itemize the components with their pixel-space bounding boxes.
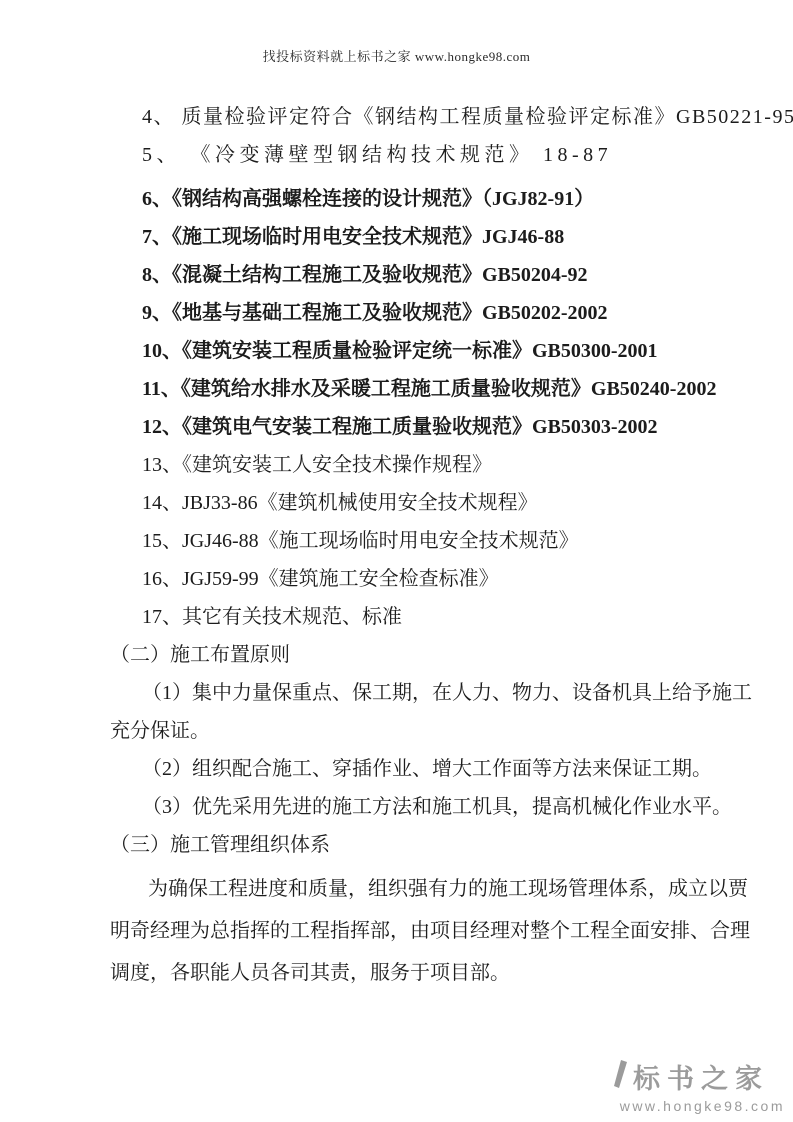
document-page: 找投标资料就上标书之家 www.hongke98.com 4、 质量检验评定符合…: [0, 0, 793, 1122]
standard-item-12: 12、《建筑电气安装工程施工质量验收规范》GB50303-2002: [142, 416, 737, 438]
management-paragraph-line-3: 调度，各职能人员各司其责，服务于项目部。: [110, 962, 737, 984]
standard-item-6: 6、《钢结构高强螺栓连接的设计规范》（JGJ82-91）: [142, 188, 737, 210]
standard-item-17: 17、其它有关技术规范、标准: [142, 606, 737, 628]
standard-item-13: 13、《建筑安装工人安全技术操作规程》: [142, 454, 737, 476]
section-heading-layout-principles: （二）施工布置原则: [110, 644, 737, 666]
management-paragraph-line-1: 为确保工程进度和质量，组织强有力的施工现场管理体系，成立以贾: [148, 878, 737, 900]
standard-item-7: 7、《施工现场临时用电安全技术规范》JGJ46-88: [142, 226, 737, 248]
brand-logo-icon: [611, 1060, 627, 1093]
brand-url: www.hongke98.com: [611, 1098, 785, 1114]
management-paragraph-line-2: 明奇经理为总指挥的工程指挥部，由项目经理对整个工程全面安排、合理: [110, 920, 737, 942]
standard-item-11: 11、《建筑给水排水及采暖工程施工质量验收规范》GB50240-2002: [142, 378, 737, 400]
document-body: 4、 质量检验评定符合《钢结构工程质量检验评定标准》GB50221-95 5、 …: [110, 106, 737, 1000]
standard-item-10: 10、《建筑安装工程质量检验评定统一标准》GB50300-2001: [142, 340, 737, 362]
principle-2: （2）组织配合施工、穿插作业、增大工作面等方法来保证工期。: [142, 758, 737, 780]
brand-name: 标书之家: [633, 1057, 769, 1096]
principle-3: （3）优先采用先进的施工方法和施工机具，提高机械化作业水平。: [142, 796, 737, 818]
standard-item-9: 9、《地基与基础工程施工及验收规范》GB50202-2002: [142, 302, 737, 324]
footer-watermark: 标书之家 www.hongke98.com: [611, 1057, 785, 1114]
standard-item-8: 8、《混凝土结构工程施工及验收规范》GB50204-92: [142, 264, 737, 286]
header-watermark-text: 找投标资料就上标书之家 www.hongke98.com: [0, 46, 793, 65]
principle-1-continuation: 充分保证。: [110, 720, 737, 742]
section-heading-management-system: （三）施工管理组织体系: [110, 834, 737, 856]
standard-item-16: 16、JGJ59-99《建筑施工安全检查标准》: [142, 568, 737, 590]
standard-item-5: 5、 《冷变薄壁型钢结构技术规范》 18-87: [142, 144, 737, 166]
standard-item-4: 4、 质量检验评定符合《钢结构工程质量检验评定标准》GB50221-95: [142, 106, 737, 128]
principle-1-line: （1）集中力量保重点、保工期，在人力、物力、设备机具上给予施工: [142, 682, 737, 704]
standard-item-14: 14、JBJ33-86《建筑机械使用安全技术规程》: [142, 492, 737, 514]
standard-item-15: 15、JGJ46-88《施工现场临时用电安全技术规范》: [142, 530, 737, 552]
